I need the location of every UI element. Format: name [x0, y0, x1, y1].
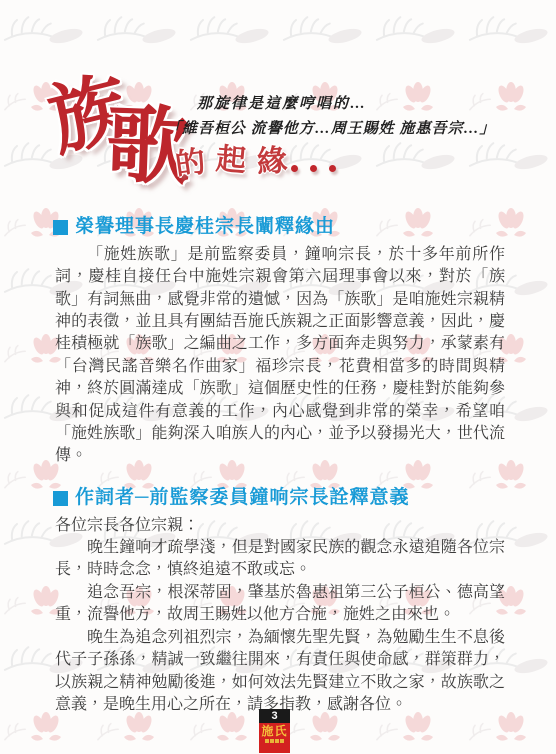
document-page: 族 歌 的 起 緣 那旋律是這麼哼唱的… 「維吾桓公 流譽他方…周王賜姓 施惠吾…: [0, 0, 556, 754]
title-suffix-char: 緣: [256, 146, 288, 178]
salutation: 各位宗長各位宗親：: [55, 515, 505, 537]
section-heading-text: 作詞者─前監察委員鐘响宗長詮釋意義: [75, 487, 409, 510]
heading-square-bullet-icon: [53, 491, 68, 506]
section-chairman-explanation: 榮譽理事長慶桂宗長闡釋緣由 「施姓族歌」是前監察委員，鐘响宗長，於十多年前所作詞…: [55, 216, 505, 468]
title-ellipsis-dots: [291, 165, 336, 172]
title-suffix-char: 起: [215, 145, 248, 178]
section-heading-text: 榮譽理事長慶桂宗長闡釋緣由: [75, 216, 335, 239]
song-quote-line-1: 那旋律是這麼哼唱的…: [197, 92, 367, 113]
paragraph: 「施姓族歌」是前監察委員，鐘响宗長，於十多年前所作詞，慶桂自接任台中施姓宗親會第…: [55, 244, 505, 468]
title-suffix-char: 的: [173, 147, 207, 181]
section-heading: 作詞者─前監察委員鐘响宗長詮釋意義: [53, 487, 505, 510]
page-number: 3: [259, 709, 290, 723]
clan-logo-text: 施氏: [259, 725, 290, 737]
section-lyricist-interpretation: 作詞者─前監察委員鐘响宗長詮釋意義 各位宗長各位宗親： 晚生鐘响才疏學淺，但是對…: [55, 487, 505, 716]
section-heading: 榮譽理事長慶桂宗長闡釋緣由: [53, 216, 505, 239]
paragraph: 追念吾宗，根深蒂固，肇基於魯惠祖第三公子桓公、德高望重，流譽他方，故周王賜姓以他…: [55, 582, 505, 627]
heading-square-bullet-icon: [53, 220, 68, 235]
paragraph: 晚生為追念列祖烈宗，為緬懷先聖先賢，為勉勵生生不息後代子子孫孫，精誠一致繼往開來…: [55, 627, 505, 717]
paragraph: 晚生鐘响才疏學淺，但是對國家民族的觀念永遠追隨各位宗長，時時念念，慎終追遠不敢或…: [55, 537, 505, 582]
page-marker: 3 施氏: [259, 709, 290, 753]
article-body: 榮譽理事長慶桂宗長闡釋緣由 「施姓族歌」是前監察委員，鐘响宗長，於十多年前所作詞…: [55, 216, 505, 716]
song-quote-line-2: 「維吾桓公 流譽他方…周王賜姓 施惠吾宗…」: [166, 117, 496, 138]
clan-logo-subtext-marks: [259, 739, 290, 743]
clan-logo: 施氏: [259, 723, 290, 753]
title-suffix: 的 起 緣: [175, 146, 287, 176]
